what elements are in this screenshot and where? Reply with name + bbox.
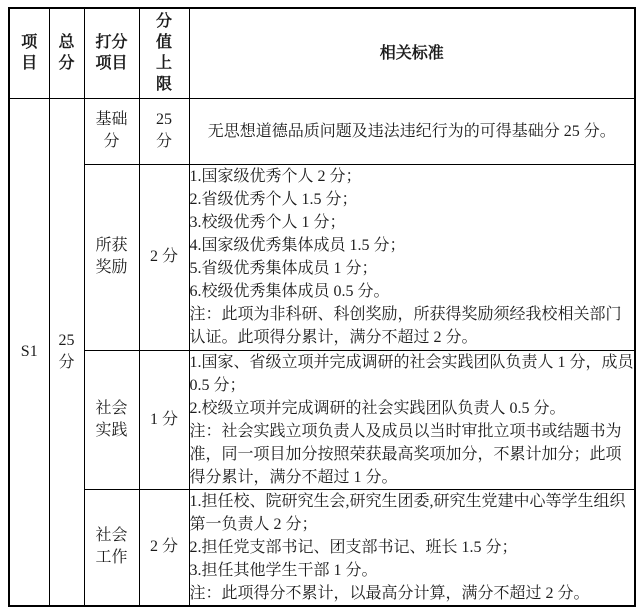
table-row-practice: 社会 实践 1 分 1.国家、省级立项并完成调研的社会实践团队负责人 1 分，成… xyxy=(9,350,635,489)
row-label-awards: 所获 奖励 xyxy=(84,164,139,350)
row-label-practice: 社会 实践 xyxy=(84,350,139,489)
table-row-basic: S1 25 分 基础 分 25 分 无思想道德品质问题及违法违纪行为的可得基础分… xyxy=(9,98,635,164)
row-limit-basic: 25 分 xyxy=(139,98,189,164)
header-scoring-item: 打分 项目 xyxy=(84,8,139,98)
row-label-basic: 基础 分 xyxy=(84,98,139,164)
header-criteria: 相关标准 xyxy=(189,8,635,98)
project-total-cell: 25 分 xyxy=(49,98,84,606)
table-row-work: 社会 工作 2 分 1.担任校、院研究生会,研究生团委,研究生党建中心等学生组织… xyxy=(9,489,635,606)
header-project: 项 目 xyxy=(9,8,49,98)
header-total-score: 总 分 xyxy=(49,8,84,98)
project-id-cell: S1 xyxy=(9,98,49,606)
row-label-work: 社会 工作 xyxy=(84,489,139,606)
row-criteria-work: 1.担任校、院研究生会,研究生团委,研究生党建中心等学生组织第一负责人 2 分；… xyxy=(189,489,635,606)
row-criteria-practice: 1.国家、省级立项并完成调研的社会实践团队负责人 1 分，成员 0.5 分； 2… xyxy=(189,350,635,489)
header-score-limit: 分 值 上 限 xyxy=(139,8,189,98)
row-limit-practice: 1 分 xyxy=(139,350,189,489)
row-limit-work: 2 分 xyxy=(139,489,189,606)
header-row: 项 目 总 分 打分 项目 分 值 上 限 相关标准 xyxy=(9,8,635,98)
row-criteria-awards: 1.国家级优秀个人 2 分； 2.省级优秀个人 1.5 分； 3.校级优秀个人 … xyxy=(189,164,635,350)
row-limit-awards: 2 分 xyxy=(139,164,189,350)
table-row-awards: 所获 奖励 2 分 1.国家级优秀个人 2 分； 2.省级优秀个人 1.5 分；… xyxy=(9,164,635,350)
scoring-criteria-table: 项 目 总 分 打分 项目 分 值 上 限 相关标准 S1 25 分 基础 分 … xyxy=(8,7,636,607)
row-criteria-basic: 无思想道德品质问题及违法违纪行为的可得基础分 25 分。 xyxy=(189,98,635,164)
